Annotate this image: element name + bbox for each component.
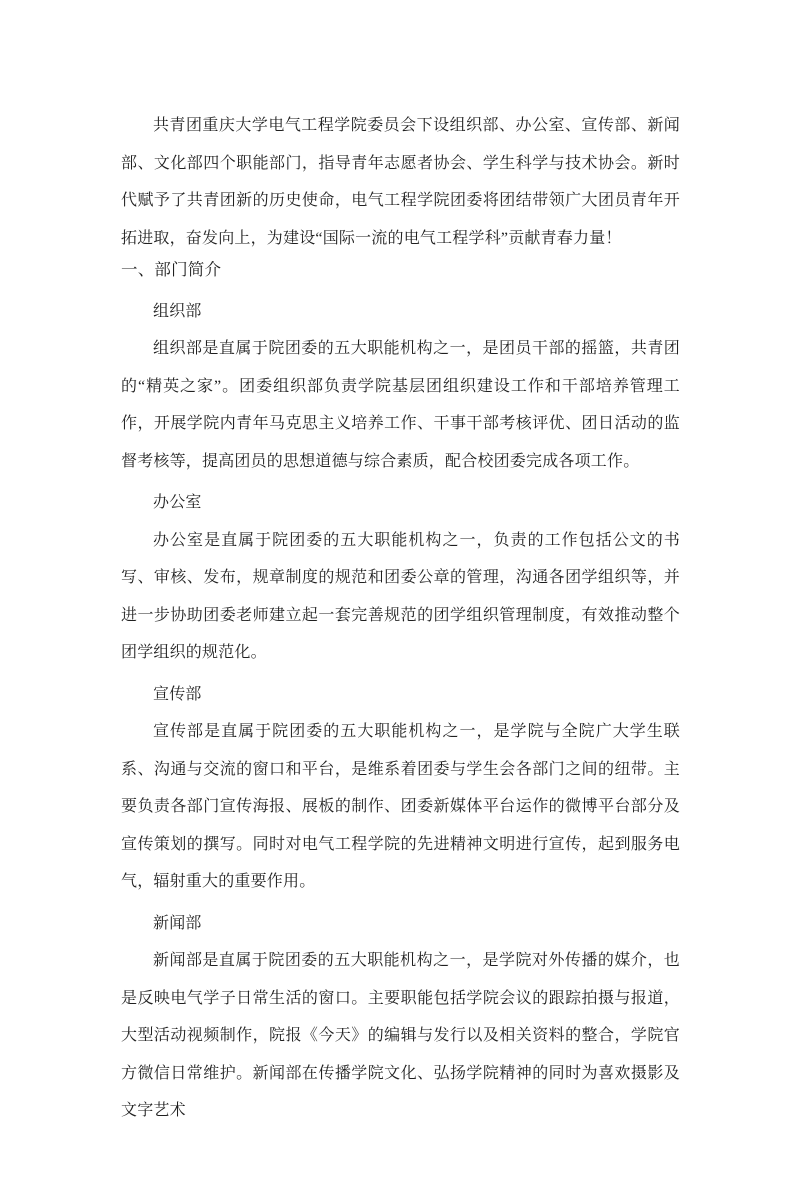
dept-desc-organization: 组织部是直属于院团委的五大职能机构之一，是团员干部的摇篮，共青团的“精英之家”。… <box>121 330 680 480</box>
dept-name-news: 新闻部 <box>121 905 680 943</box>
dept-desc-publicity: 宣传部是直属于院团委的五大职能机构之一，是学院与全院广大学生联系、沟通与交流的窗… <box>121 713 680 901</box>
dept-desc-office: 办公室是直属于院团委的五大职能机构之一，负责的工作包括公文的书写、审核、发布，规… <box>121 522 680 672</box>
document-page: 共青团重庆大学电气工程学院委员会下设组织部、办公室、宣传部、新闻部、文化部四个职… <box>0 0 800 1200</box>
dept-name-organization: 组织部 <box>121 293 680 331</box>
dept-desc-news: 新闻部是直属于院团委的五大职能机构之一，是学院对外传播的媒介，也是反映电气学子日… <box>121 942 680 1130</box>
dept-name-office: 办公室 <box>121 484 680 522</box>
intro-paragraph: 共青团重庆大学电气工程学院委员会下设组织部、办公室、宣传部、新闻部、文化部四个职… <box>121 107 680 257</box>
dept-name-publicity: 宣传部 <box>121 676 680 714</box>
